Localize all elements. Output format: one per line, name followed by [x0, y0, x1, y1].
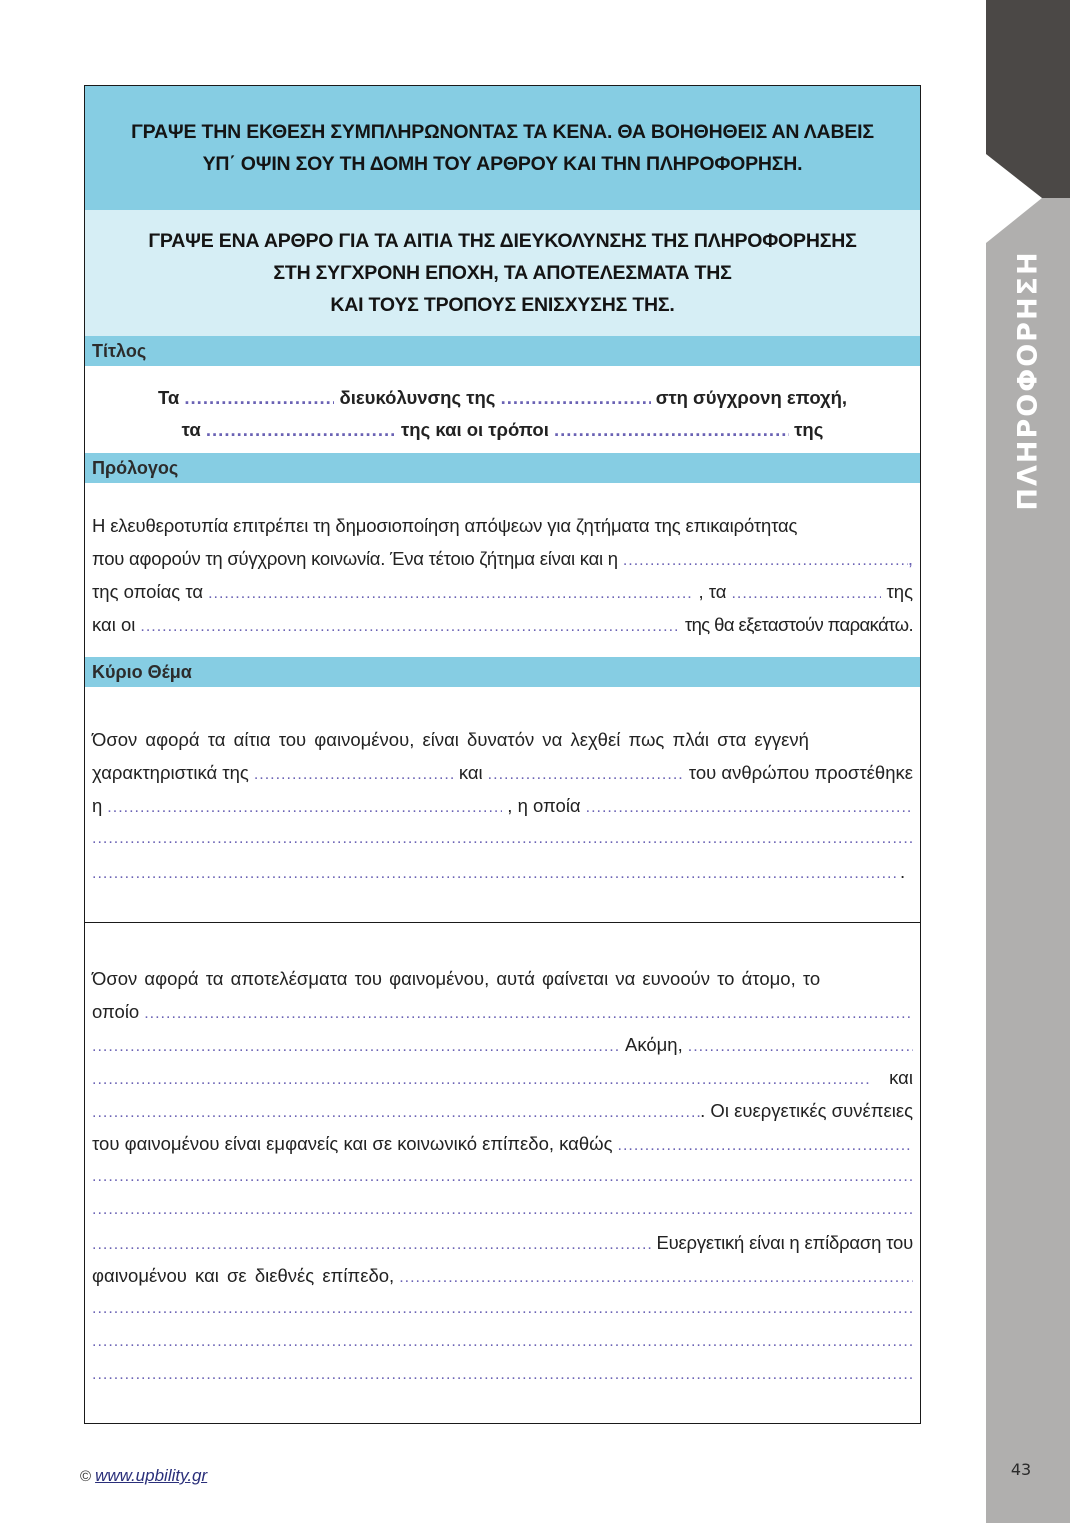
- fill-blank[interactable]: [92, 1030, 620, 1063]
- effects-text: φαινομένου και σε διεθνές επίπεδο,: [92, 1259, 394, 1292]
- task-band: ΓΡΑΨΕ ΕΝΑ ΑΡΘΡΟ ΓΙΑ ΤΑ ΑΙΤΙΑ ΤΗΣ ΔΙΕΥΚΟΛ…: [85, 210, 920, 336]
- title-text: στη σύγχρονη εποχή,: [656, 387, 847, 408]
- title-text: διευκόλυνσης της: [340, 387, 496, 408]
- fill-blank[interactable]: [144, 997, 913, 1030]
- causes-text: χαρακτηριστικά της: [92, 756, 249, 789]
- fill-blank[interactable]: [140, 610, 680, 643]
- fill-blank[interactable]: [92, 822, 913, 855]
- title-line-2: τα .................................... …: [85, 414, 920, 446]
- main-causes-body: Όσον αφορά τα αίτια του φαινομένου, είνα…: [85, 687, 920, 922]
- effects-line: [92, 1160, 913, 1193]
- section-heading-main: Κύριο Θέμα: [85, 657, 920, 687]
- fill-blank[interactable]: [92, 1193, 913, 1226]
- prologue-text: που αφορούν τη σύγχρονη κοινωνία. Ένα τέ…: [92, 542, 618, 575]
- instructions-line: ΥΠ΄ ΟΨΙΝ ΣΟΥ ΤΗ ΔΟΜΗ ΤΟΥ ΑΡΘΡΟΥ ΚΑΙ ΤΗΝ …: [203, 148, 803, 180]
- causes-line: .: [92, 855, 913, 888]
- page-number: 43: [986, 1460, 1056, 1479]
- fill-blank[interactable]: [107, 791, 502, 824]
- main-effects-body: Όσον αφορά τα αποτελέσματα του φαινομένο…: [85, 923, 920, 1391]
- sidebar-tab-shapes: [986, 0, 1070, 1523]
- fill-blank[interactable]: ....................................: [206, 414, 396, 446]
- fill-blank[interactable]: [488, 758, 684, 791]
- effects-line: [92, 1358, 913, 1391]
- title-text: τα: [182, 419, 201, 440]
- fill-blank[interactable]: [92, 857, 898, 890]
- fill-blank[interactable]: [623, 544, 908, 577]
- fill-blank[interactable]: [92, 1160, 913, 1193]
- footer: ©www.upbility.gr: [80, 1466, 207, 1486]
- causes-line: Όσον αφορά τα αίτια του φαινομένου, είνα…: [92, 723, 913, 756]
- fill-blank[interactable]: [688, 1030, 913, 1063]
- fill-blank[interactable]: [92, 1228, 654, 1261]
- task-line: ΓΡΑΨΕ ΕΝΑ ΑΡΘΡΟ ΓΙΑ ΤΑ ΑΙΤΙΑ ΤΗΣ ΔΙΕΥΚΟΛ…: [148, 225, 856, 257]
- fill-blank[interactable]: [618, 1129, 913, 1162]
- task-line: ΣΤΗ ΣΥΓΧΡΟΝΗ ΕΠΟΧΗ, ΤΑ ΑΠΟΤΕΛΕΣΜΑΤΑ ΤΗΣ: [273, 257, 731, 289]
- copyright-icon: ©: [80, 1468, 91, 1485]
- section-sidebar: ΠΛΗΡΟΦΟΡΗΣΗ: [986, 0, 1070, 1523]
- section-heading-prologue: Πρόλογος: [85, 453, 920, 483]
- causes-text: .: [900, 855, 905, 888]
- prologue-text: της θα εξεταστούν παρακάτω.: [685, 608, 913, 641]
- section-heading-title: Τίτλος: [85, 336, 920, 366]
- worksheet: ΓΡΑΨΕ ΤΗΝ ΕΚΘΕΣΗ ΣΥΜΠΛΗΡΩΝΟΝΤΑΣ ΤΑ ΚΕΝΑ.…: [84, 85, 921, 1424]
- effects-line: του φαινομένου είναι εμφανείς και σε κοι…: [92, 1127, 913, 1160]
- prologue-text: της: [886, 575, 913, 608]
- prologue-body: Η ελευθεροτυπία επιτρέπει τη δημοσιοποίη…: [85, 483, 920, 657]
- effects-text: του φαινομένου είναι εμφανείς και σε κοι…: [92, 1127, 613, 1160]
- title-fill-in: Τα ............................ διευκόλυ…: [85, 366, 920, 453]
- effects-text: . Οι ευεργετικές συνέπειες: [700, 1094, 913, 1127]
- prologue-text: Η ελευθεροτυπία επιτρέπει τη δημοσιοποίη…: [92, 509, 797, 542]
- effects-line: [92, 1325, 913, 1358]
- effects-line: και: [92, 1061, 913, 1094]
- prologue-line: της οποίας τα , τα της: [92, 575, 913, 608]
- fill-blank[interactable]: [586, 791, 913, 824]
- prologue-line: Η ελευθεροτυπία επιτρέπει τη δημοσιοποίη…: [92, 509, 913, 542]
- fill-blank[interactable]: [254, 758, 454, 791]
- effects-line: . Οι ευεργετικές συνέπειες: [92, 1094, 913, 1127]
- instructions-band: ΓΡΑΨΕ ΤΗΝ ΕΚΘΕΣΗ ΣΥΜΠΛΗΡΩΝΟΝΤΑΣ ΤΑ ΚΕΝΑ.…: [85, 86, 920, 210]
- fill-blank[interactable]: [92, 1292, 913, 1325]
- website-link[interactable]: www.upbility.gr: [95, 1466, 207, 1485]
- causes-text: του ανθρώπου προστέθηκε: [689, 756, 913, 789]
- effects-text: Ευεργετική είναι η επίδραση του: [656, 1226, 913, 1259]
- prologue-line: που αφορούν τη σύγχρονη κοινωνία. Ένα τέ…: [92, 542, 913, 575]
- fill-blank[interactable]: ............................: [501, 382, 651, 414]
- causes-line: η , η οποία: [92, 789, 913, 822]
- fill-blank[interactable]: [731, 577, 881, 610]
- section-title-vertical: ΠΛΗΡΟΦΟΡΗΣΗ: [1013, 250, 1044, 510]
- effects-line: οποίο: [92, 995, 913, 1028]
- title-line-1: Τα ............................ διευκόλυ…: [85, 382, 920, 414]
- effects-text: Ακόμη,: [625, 1028, 683, 1061]
- effects-line: Ακόμη,: [92, 1028, 913, 1061]
- fill-blank[interactable]: [92, 1325, 913, 1358]
- effects-line: φαινομένου και σε διεθνές επίπεδο,: [92, 1259, 913, 1292]
- prologue-text: της οποίας τα: [92, 575, 203, 608]
- prologue-text: και οι: [92, 608, 135, 641]
- effects-text: Όσον αφορά τα αποτελέσματα του φαινομένο…: [92, 962, 820, 995]
- effects-line: [92, 1193, 913, 1226]
- prologue-line: και οι της θα εξεταστούν παρακάτω.: [92, 608, 913, 641]
- effects-text: και: [889, 1061, 913, 1094]
- fill-blank[interactable]: [92, 1063, 872, 1096]
- title-text: της: [794, 419, 823, 440]
- causes-line: χαρακτηριστικά της και του ανθρώπου προσ…: [92, 756, 913, 789]
- fill-blank[interactable]: [92, 1358, 913, 1391]
- fill-blank[interactable]: [92, 1096, 700, 1129]
- instructions-line: ΓΡΑΨΕ ΤΗΝ ΕΚΘΕΣΗ ΣΥΜΠΛΗΡΩΝΟΝΤΑΣ ΤΑ ΚΕΝΑ.…: [131, 116, 874, 148]
- causes-line: [92, 822, 913, 855]
- prologue-text: , τα: [698, 575, 726, 608]
- fill-blank[interactable]: ........................................…: [554, 414, 789, 446]
- causes-text: Όσον αφορά τα αίτια του φαινομένου, είνα…: [92, 723, 809, 756]
- fill-blank[interactable]: ............................: [184, 382, 334, 414]
- effects-line: Όσον αφορά τα αποτελέσματα του φαινομένο…: [92, 962, 913, 995]
- title-text: της και οι τρόποι: [401, 419, 549, 440]
- causes-text: και: [459, 756, 483, 789]
- causes-text: η: [92, 789, 102, 822]
- effects-line: Ευεργετική είναι η επίδραση του: [92, 1226, 913, 1259]
- task-line: ΚΑΙ ΤΟΥΣ ΤΡΟΠΟΥΣ ΕΝΙΣΧΥΣΗΣ ΤΗΣ.: [330, 289, 674, 321]
- fill-blank[interactable]: [208, 577, 693, 610]
- title-text: Τα: [158, 387, 179, 408]
- fill-blank[interactable]: [399, 1261, 913, 1294]
- effects-line: [92, 1292, 913, 1325]
- effects-text: οποίο: [92, 995, 139, 1028]
- prologue-text: ,: [908, 542, 913, 575]
- causes-text: , η οποία: [507, 789, 580, 822]
